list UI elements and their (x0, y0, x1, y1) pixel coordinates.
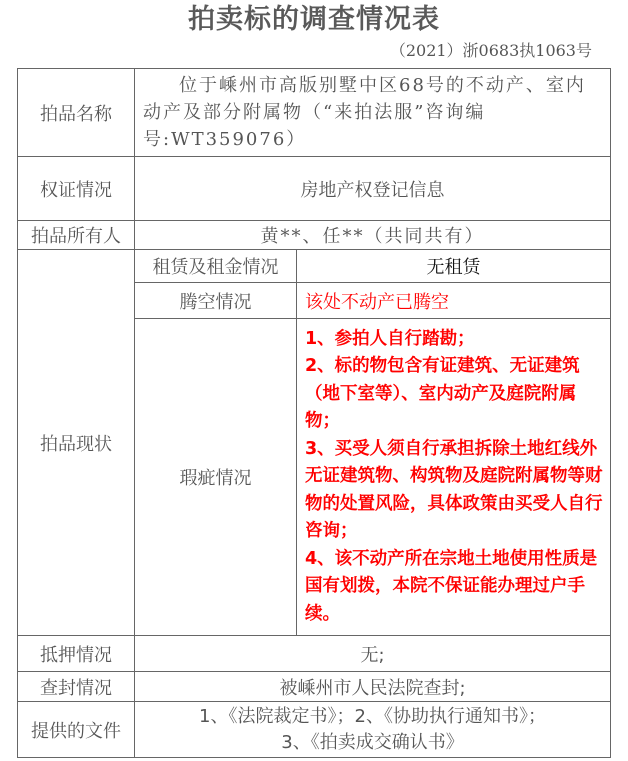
current-status-label: 拍品现状 (18, 250, 135, 636)
documents-line-1: 1、《法院裁定书》；2、《协助执行通知书》； (135, 704, 610, 730)
lease-label: 租赁及租金情况 (135, 250, 297, 283)
auction-survey-table: 拍品名称 位于嵊州市高版别墅中区68号的不动产、室内动产及部分附属物（“来拍法服… (17, 68, 611, 758)
documents-line-2: 3、《拍卖成交确认书》 (135, 730, 610, 756)
row-lease: 拍品现状 租赁及租金情况 无租赁 (18, 250, 611, 283)
page-title: 拍卖标的调查情况表 (0, 2, 628, 38)
vacancy-value: 该处不动产已腾空 (297, 283, 611, 319)
mortgage-value: 无; (135, 636, 611, 672)
row-owner: 拍品所有人 黄**、任**（共同共有） (18, 221, 611, 250)
mortgage-label: 抵押情况 (18, 636, 135, 672)
row-mortgage: 抵押情况 无; (18, 636, 611, 672)
defect-item: 4、该不动产所在宗地土地使用性质是国有划拨，本院不保证能办理过户手续。 (305, 546, 604, 629)
defect-item: 2、标的物包含有证建筑、无证建筑（地下室等）、室内动产及庭院附属物； (305, 353, 604, 436)
seizure-label: 查封情况 (18, 672, 135, 702)
seizure-value: 被嵊州市人民法院查封; (135, 672, 611, 702)
owner-label: 拍品所有人 (18, 221, 135, 250)
item-name-value: 位于嵊州市高版别墅中区68号的不动产、室内动产及部分附属物（“来拍法服”咨询编号… (135, 69, 611, 157)
title-status-value: 房地产权登记信息 (135, 157, 611, 221)
title-status-label: 权证情况 (18, 157, 135, 221)
owner-value: 黄**、任**（共同共有） (135, 221, 611, 250)
lease-value: 无租赁 (297, 250, 611, 283)
documents-label: 提供的文件 (18, 702, 135, 758)
defect-item: 1、参拍人自行踏勘； (305, 326, 604, 354)
row-seizure: 查封情况 被嵊州市人民法院查封; (18, 672, 611, 702)
defects-list: 1、参拍人自行踏勘； 2、标的物包含有证建筑、无证建筑（地下室等）、室内动产及庭… (297, 319, 611, 636)
item-name-label: 拍品名称 (18, 69, 135, 157)
defects-label: 瑕疵情况 (135, 319, 297, 636)
vacancy-label: 腾空情况 (135, 283, 297, 319)
case-number: （2021）浙0683执1063号 (390, 40, 592, 62)
row-documents: 提供的文件 1、《法院裁定书》；2、《协助执行通知书》； 3、《拍卖成交确认书》 (18, 702, 611, 758)
row-item-name: 拍品名称 位于嵊州市高版别墅中区68号的不动产、室内动产及部分附属物（“来拍法服… (18, 69, 611, 157)
documents-value: 1、《法院裁定书》；2、《协助执行通知书》； 3、《拍卖成交确认书》 (135, 702, 611, 758)
row-title-status: 权证情况 房地产权登记信息 (18, 157, 611, 221)
defect-item: 3、买受人须自行承担拆除土地红线外无证建筑物、构筑物及庭院附属物等财物的处置风险… (305, 436, 604, 546)
